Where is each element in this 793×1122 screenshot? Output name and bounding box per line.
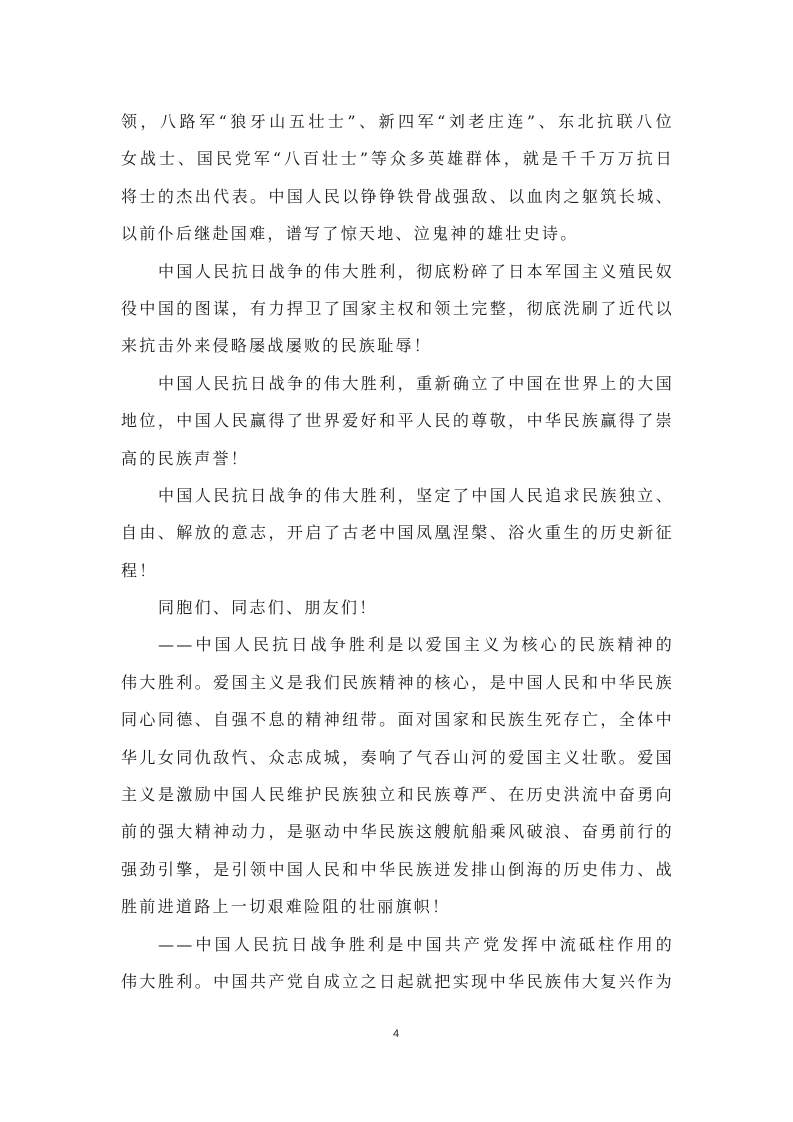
paragraph: 同胞们、同志们、朋友们！	[121, 589, 674, 626]
text-line: 强劲引擎，是引领中国人民和中华民族迸发排山倒海的历史伟力、战	[121, 851, 674, 888]
text-line: 前的强大精神动力，是驱动中华民族这艘航船乘风破浪、奋勇前行的	[121, 813, 674, 850]
text-line: 领，八路军“狼牙山五壮士”、新四军“刘老庄连”、东北抗联八位	[121, 103, 674, 140]
page-number: 4	[376, 1024, 416, 1044]
text-line: 高的民族声誉！	[121, 440, 674, 477]
text-line: 胜前进道路上一切艰难险阻的壮丽旗帜！	[121, 888, 674, 925]
text-line: 伟大胜利。中国共产党自成立之日起就把实现中华民族伟大复兴作为	[121, 963, 674, 1000]
text-line: 自由、解放的意志，开启了古老中国凤凰涅槃、浴火重生的历史新征	[121, 514, 674, 551]
text-line: 同胞们、同志们、朋友们！	[121, 589, 674, 626]
body-text: 领，八路军“狼牙山五壮士”、新四军“刘老庄连”、东北抗联八位 女战士、国民党军“…	[121, 103, 674, 1000]
text-line: 程！	[121, 552, 674, 589]
text-line: 中国人民抗日战争的伟大胜利，重新确立了中国在世界上的大国	[121, 365, 674, 402]
text-line: 来抗击外来侵略屡战屡败的民族耻辱！	[121, 327, 674, 364]
text-line: 役中国的图谋，有力捍卫了国家主权和领土完整，彻底洗刷了近代以	[121, 290, 674, 327]
text-line: 主义是激励中国人民维护民族独立和民族尊严、在历史洪流中奋勇向	[121, 776, 674, 813]
paragraph: 中国人民抗日战争的伟大胜利，彻底粉碎了日本军国主义殖民奴 役中国的图谋，有力捍卫…	[121, 253, 674, 365]
text-line: 华儿女同仇敌忾、众志成城，奏响了气吞山河的爱国主义壮歌。爱国	[121, 739, 674, 776]
text-line: 中国人民抗日战争的伟大胜利，坚定了中国人民追求民族独立、	[121, 477, 674, 514]
text-line: 女战士、国民党军“八百壮士”等众多英雄群体，就是千千万万抗日	[121, 140, 674, 177]
text-line: 中国人民抗日战争的伟大胜利，彻底粉碎了日本军国主义殖民奴	[121, 253, 674, 290]
text-line: ——中国人民抗日战争胜利是以爱国主义为核心的民族精神的	[121, 626, 674, 663]
text-line: 以前仆后继赴国难，谱写了惊天地、泣鬼神的雄壮史诗。	[121, 215, 674, 252]
text-line: ——中国人民抗日战争胜利是中国共产党发挥中流砥柱作用的	[121, 926, 674, 963]
text-line: 同心同德、自强不息的精神纽带。面对国家和民族生死存亡，全体中	[121, 701, 674, 738]
document-page: 领，八路军“狼牙山五壮士”、新四军“刘老庄连”、东北抗联八位 女战士、国民党军“…	[0, 0, 793, 1122]
paragraph: 中国人民抗日战争的伟大胜利，重新确立了中国在世界上的大国 地位，中国人民赢得了世…	[121, 365, 674, 477]
paragraph: 中国人民抗日战争的伟大胜利，坚定了中国人民追求民族独立、 自由、解放的意志，开启…	[121, 477, 674, 589]
paragraph: ——中国人民抗日战争胜利是以爱国主义为核心的民族精神的 伟大胜利。爱国主义是我们…	[121, 626, 674, 925]
text-line: 将士的杰出代表。中国人民以铮铮铁骨战强敌、以血肉之躯筑长城、	[121, 178, 674, 215]
paragraph: ——中国人民抗日战争胜利是中国共产党发挥中流砥柱作用的 伟大胜利。中国共产党自成…	[121, 926, 674, 1001]
paragraph: 领，八路军“狼牙山五壮士”、新四军“刘老庄连”、东北抗联八位 女战士、国民党军“…	[121, 103, 674, 253]
text-line: 伟大胜利。爱国主义是我们民族精神的核心，是中国人民和中华民族	[121, 664, 674, 701]
text-line: 地位，中国人民赢得了世界爱好和平人民的尊敬，中华民族赢得了崇	[121, 402, 674, 439]
